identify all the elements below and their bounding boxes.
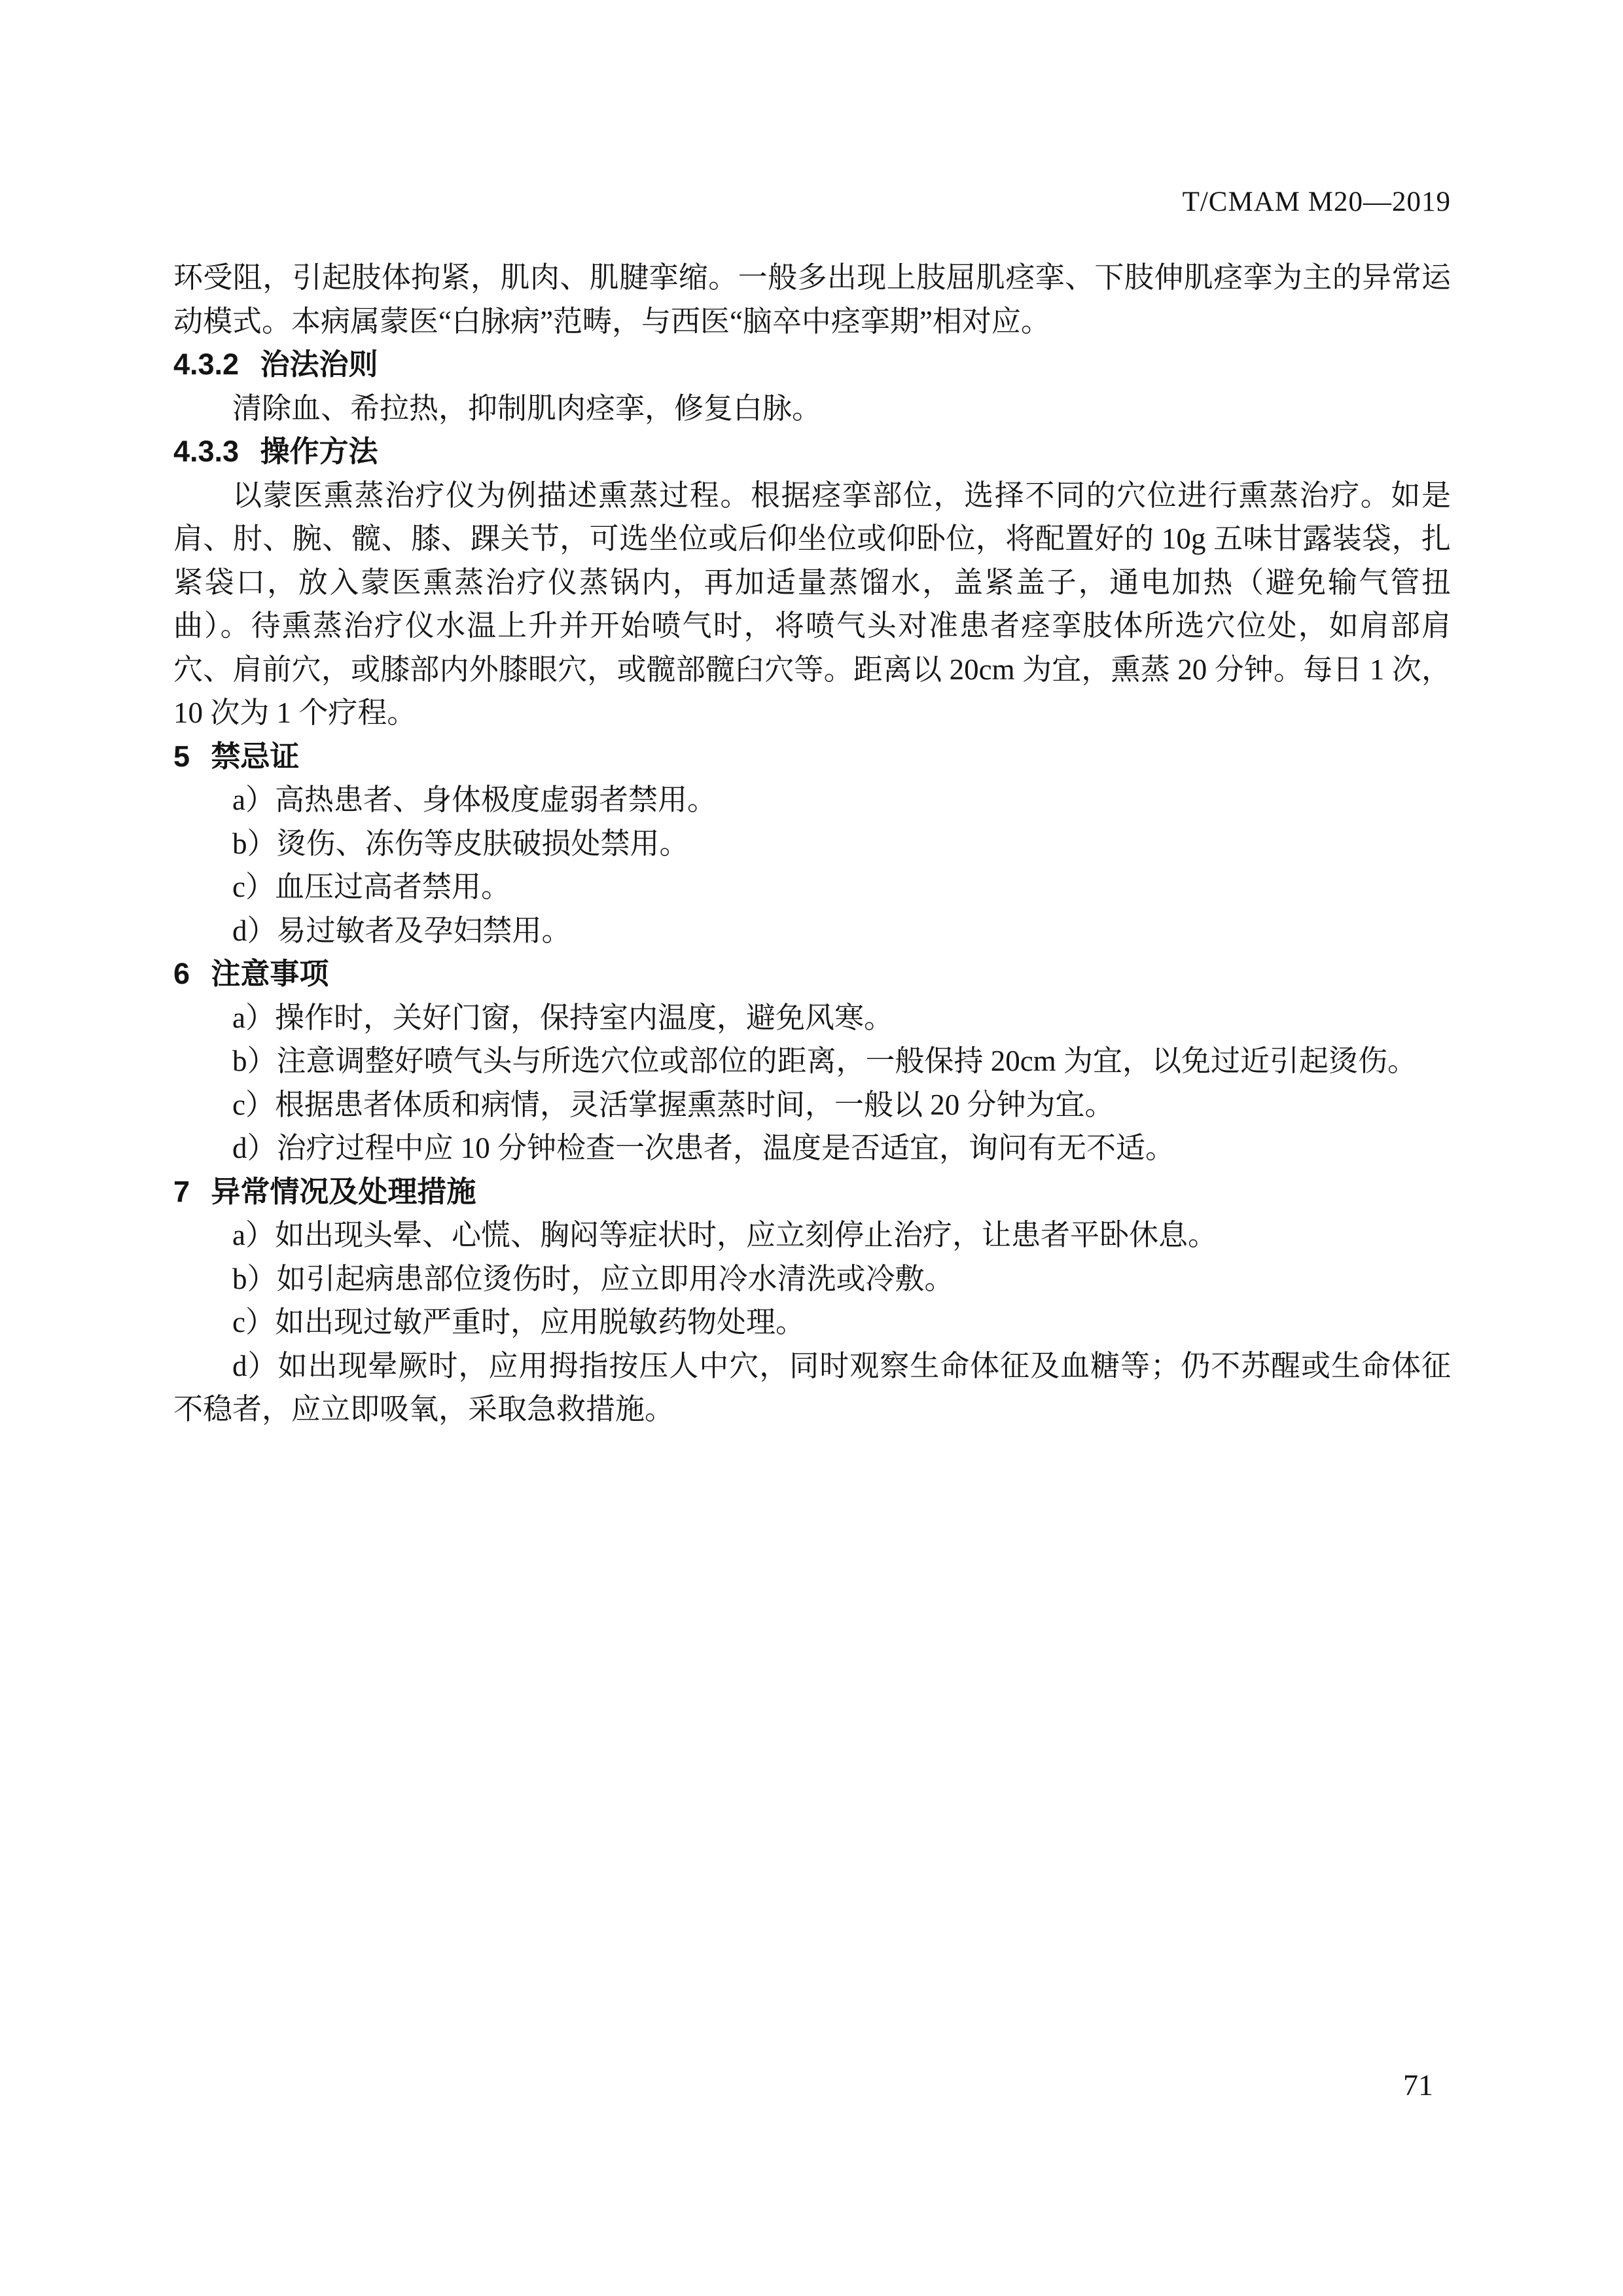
section-heading-6: 6注意事项 xyxy=(173,952,1451,996)
section-number: 7 xyxy=(173,1170,190,1214)
list-item: c）如出现过敏严重时，应用脱敏药物处理。 xyxy=(173,1300,1451,1344)
section-4-3-2-paragraph: 清除血、希拉热，抑制肌肉痉挛，修复白脉。 xyxy=(173,387,1451,431)
section-number: 4.3.2 xyxy=(173,343,239,387)
list-item: d）如出现晕厥时，应用拇指按压人中穴，同时观察生命体征及血糖等；仍不苏醒或生命体… xyxy=(173,1344,1451,1431)
list-item: b）烫伤、冻伤等皮肤破损处禁用。 xyxy=(173,822,1451,866)
page-number: 71 xyxy=(173,2067,1433,2104)
list-item: c）根据患者体质和病情，灵活掌握熏蒸时间，一般以 20 分钟为宜。 xyxy=(173,1083,1451,1127)
page-body: 环受阻，引起肢体拘紧，肌肉、肌腱挛缩。一般多出现上肢屈肌痉挛、下肢伸肌痉挛为主的… xyxy=(173,256,1451,1431)
list-item: a）如出现头晕、心慌、胸闷等症状时，应立刻停止治疗，让患者平卧休息。 xyxy=(173,1213,1451,1257)
section-heading-4-3-2: 4.3.2治法治则 xyxy=(173,343,1451,387)
standard-code-header: T/CMAM M20—2019 xyxy=(173,186,1451,219)
section-title: 治法治则 xyxy=(260,348,378,381)
list-item: a）操作时，关好门窗，保持室内温度，避免风寒。 xyxy=(173,996,1451,1040)
section-heading-5: 5禁忌证 xyxy=(173,735,1451,779)
list-item: d）治疗过程中应 10 分钟检查一次患者，温度是否适宜，询问有无不适。 xyxy=(173,1126,1451,1170)
section-heading-7: 7异常情况及处理措施 xyxy=(173,1170,1451,1214)
section-title: 异常情况及处理措施 xyxy=(211,1175,476,1208)
section-title: 注意事项 xyxy=(211,957,329,990)
section-number: 6 xyxy=(173,952,190,996)
list-item: d）易过敏者及孕妇禁用。 xyxy=(173,909,1451,953)
list-item: a）高热患者、身体极度虚弱者禁用。 xyxy=(173,778,1451,822)
section-title: 操作方法 xyxy=(260,435,378,468)
section-number: 5 xyxy=(173,735,190,779)
section-title: 禁忌证 xyxy=(211,740,299,773)
list-item: b）如引起病患部位烫伤时，应立即用冷水清洗或冷敷。 xyxy=(173,1257,1451,1301)
section-number: 4.3.3 xyxy=(173,430,239,474)
document-page: T/CMAM M20—2019 环受阻，引起肢体拘紧，肌肉、肌腱挛缩。一般多出现… xyxy=(0,0,1623,2296)
continuation-paragraph: 环受阻，引起肢体拘紧，肌肉、肌腱挛缩。一般多出现上肢屈肌痉挛、下肢伸肌痉挛为主的… xyxy=(173,256,1451,343)
section-heading-4-3-3: 4.3.3操作方法 xyxy=(173,430,1451,474)
list-item: c）血压过高者禁用。 xyxy=(173,865,1451,909)
list-item: b）注意调整好喷气头与所选穴位或部位的距离，一般保持 20cm 为宜，以免过近引… xyxy=(173,1039,1451,1083)
section-4-3-3-paragraph: 以蒙医熏蒸治疗仪为例描述熏蒸过程。根据痉挛部位，选择不同的穴位进行熏蒸治疗。如是… xyxy=(173,474,1451,735)
